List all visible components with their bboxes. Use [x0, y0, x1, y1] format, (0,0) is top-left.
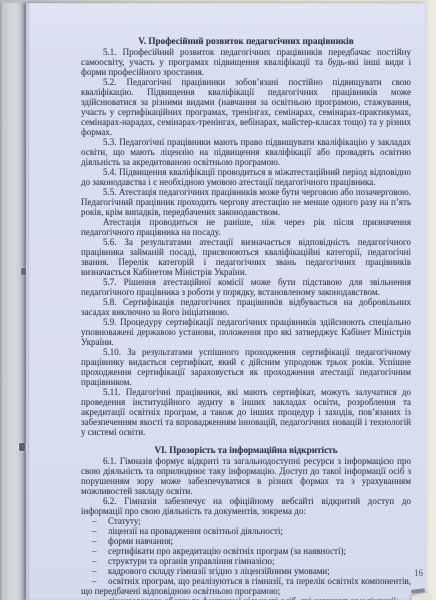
page-number: 16 [414, 568, 423, 578]
list-item: –ліцензії на провадження освітньої діяль… [81, 526, 411, 536]
list-item-text: кадрового складу гімназії згідно з ліцен… [108, 566, 330, 576]
list-item: –форми навчання; [81, 536, 411, 546]
list-item: –кадрового складу гімназії згідно з ліце… [81, 566, 411, 576]
dash-bullet: – [92, 566, 108, 576]
list-item: –сертифікати про акредитацію освітніх пр… [81, 546, 411, 556]
paragraph-5-1: 5.1. Професійний розвиток педагогічних п… [81, 47, 411, 77]
list-item-text: сертифікати про акредитацію освітніх про… [108, 546, 346, 556]
list-item-text: ліцензії на провадження освітньої діяльн… [108, 526, 283, 536]
paragraph-6-2: 6.2. Гімназія забезпечує на офіційному в… [81, 496, 411, 516]
dash-bullet: – [92, 526, 108, 536]
list-item: –Статуту; [81, 516, 411, 526]
document-page: V. Професійний розвиток педагогічних пра… [26, 3, 425, 600]
section-v-heading: V. Професійний розвиток педагогічних пра… [81, 36, 411, 47]
list-item-text: структури та органів управління гімназіє… [108, 556, 275, 566]
dash-bullet: – [92, 536, 108, 546]
section-vi-heading: VI. Прозорість та інформаційна відкритіс… [81, 445, 411, 456]
dash-bullet: – [92, 576, 108, 586]
paragraph-5-9: 5.9. Процедуру сертифікації педагогічних… [81, 317, 411, 347]
list-item-text: Статуту; [108, 516, 141, 526]
scanner-right-edge [425, 0, 436, 600]
paragraph-5-6: 5.6. За результатами атестації визначаєт… [81, 237, 411, 277]
list-item-text: освітніх програм, що реалізуються в гімн… [81, 576, 411, 596]
list-item: –структури та органів управління гімназі… [81, 556, 411, 566]
scanned-document-screenshot: V. Професійний розвиток педагогічних пра… [0, 0, 436, 600]
dash-bullet: – [92, 596, 108, 600]
list-item: –ліцензованого обсягу та фактичної кільк… [81, 596, 411, 600]
published-documents-list: –Статуту; –ліцензії на провадження освіт… [81, 516, 411, 600]
paragraph-6-1: 6.1. Гімназія формує відкриті та загальн… [81, 456, 411, 496]
paragraph-5-7: 5.7. Рішення атестаційної комісії може б… [81, 277, 411, 297]
paragraph-5-3: 5.3. Педагогічні працівники мають право … [81, 137, 411, 167]
paragraph-5-8: 5.8. Сертифікація педагогічних працівник… [81, 297, 411, 317]
list-item: –освітніх програм, що реалізуються в гім… [81, 576, 411, 596]
paragraph-5-11: 5.11. Педагогічні працівники, які мають … [81, 387, 411, 437]
dash-bullet: – [92, 556, 108, 566]
page-text-block: V. Професійний розвиток педагогічних пра… [81, 36, 411, 600]
paragraph-attestation-note: Атестація проводиться не раніше, ніж чер… [81, 217, 411, 237]
paragraph-5-10: 5.10. За результатами успішного проходже… [81, 347, 411, 387]
paragraph-5-5: 5.5. Атестація педагогічних працівників … [81, 187, 411, 217]
list-item-text: форми навчання; [108, 536, 173, 546]
staple-mark [19, 443, 25, 451]
list-item-text: ліцензованого обсягу та фактичної кілько… [108, 596, 399, 600]
paragraph-5-4: 5.4. Підвищення кваліфікації проводиться… [81, 167, 411, 187]
dash-bullet: – [92, 516, 108, 526]
staple-mark [21, 268, 26, 275]
scanner-left-edge [0, 0, 28, 600]
dash-bullet: – [92, 546, 108, 556]
paragraph-5-2: 5.2. Педагогічні працівники зобов’язані … [81, 77, 411, 137]
